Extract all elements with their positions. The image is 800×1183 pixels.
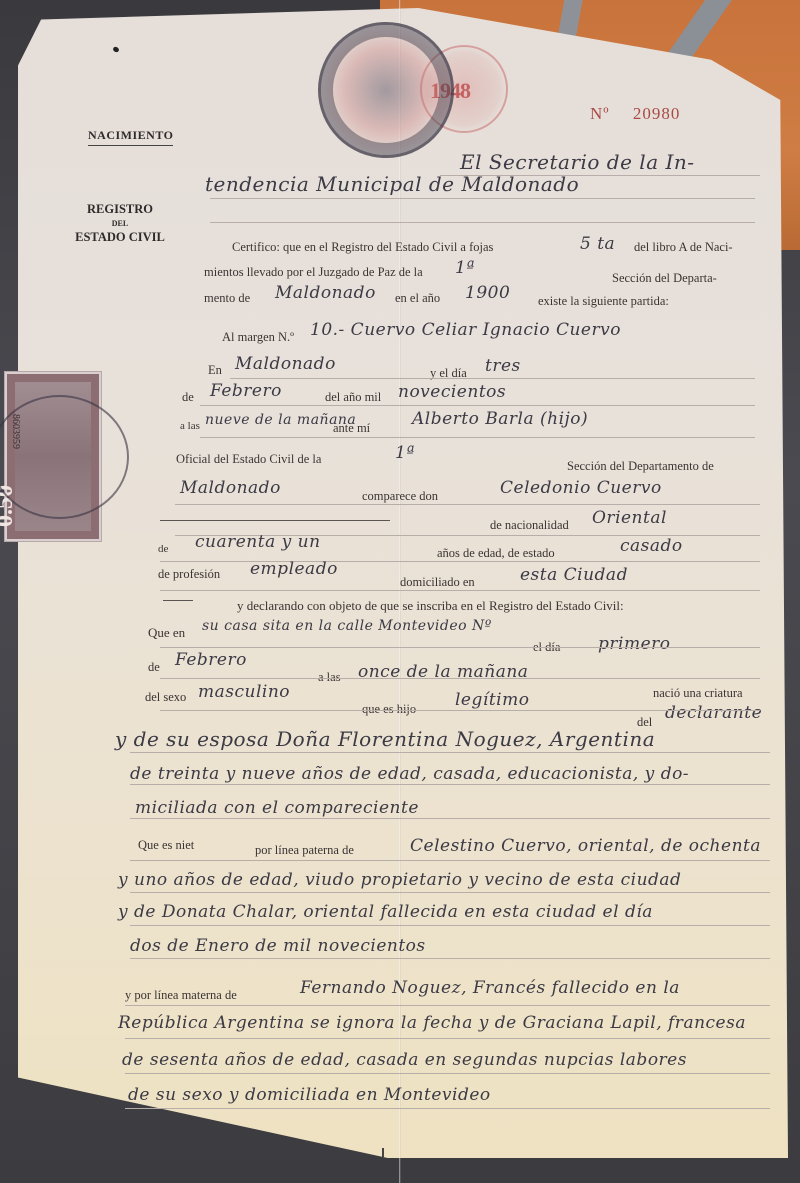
field-paterna-line-4: dos de Enero de mil novecientos [130, 936, 426, 956]
field-ano-mil: novecientos [398, 382, 506, 402]
field-dia-nacimiento: primero [598, 634, 671, 654]
text-domiciliado: domiciliado en [400, 575, 475, 590]
field-madre-line-1: y de su esposa Doña Florentina Noguez, A… [115, 727, 655, 751]
number-value: 20980 [633, 104, 681, 123]
field-mes: Febrero [210, 381, 282, 401]
field-madre-line-2: de treinta y nueve años de edad, casada,… [130, 764, 689, 784]
issuer-line-1: El Secretario de la In- [460, 150, 695, 174]
text-mientos: mientos llevado por el Juzgado de Paz de… [204, 265, 423, 280]
ink-mark [382, 1148, 384, 1157]
registry-line-3: ESTADO CIVIL [72, 230, 168, 245]
text-comparece-don: comparece don [362, 489, 438, 504]
text-linea-paterna: por línea paterna de [255, 843, 354, 858]
field-materna-line-3: de sesenta años de edad, casada en segun… [122, 1050, 687, 1070]
text-en: En [208, 363, 222, 378]
text-seccion-departa: Sección del Departa- [612, 271, 717, 286]
registry-heading: REGISTRO DEL ESTADO CIVIL [72, 202, 168, 245]
field-nacionalidad: Oriental [592, 508, 667, 528]
field-compareciente: Celedonio Cuervo [500, 478, 662, 498]
text-certifico: Certifico: que en el Registro del Estado… [232, 240, 493, 255]
field-materna-line-2: República Argentina se ignora la fecha y… [118, 1013, 746, 1033]
field-fojas: 5 ta [580, 234, 615, 254]
registry-line-1: REGISTRO [72, 202, 168, 217]
municipal-seal-icon [318, 22, 454, 158]
field-departamento: Maldonado [275, 283, 376, 303]
certificate-number: Nº 20980 [590, 104, 680, 124]
field-paterna-line-3: y de Donata Chalar, oriental fallecida e… [118, 902, 653, 922]
text-anos-edad-estado: años de edad, de estado [437, 546, 555, 561]
field-ano: 1900 [465, 283, 510, 303]
field-sexo: masculino [198, 682, 290, 702]
text-nacio: nació una criatura [653, 686, 743, 701]
text-de-2: de [148, 660, 160, 675]
field-domicilio: esta Ciudad [520, 565, 628, 585]
category-heading: NACIMIENTO [88, 128, 173, 146]
field-padre-ref: declarante [665, 703, 762, 723]
field-abuelo-paterno: Celestino Cuervo, oriental, de ochenta [410, 836, 761, 856]
text-de: de [182, 390, 194, 405]
field-edad: cuarenta y un [195, 532, 321, 552]
field-lugar-nacimiento: su casa sita en la calle Montevideo Nº [202, 618, 492, 634]
text-que-es-niet: Que es niet [138, 838, 194, 853]
text-nacionalidad: de nacionalidad [490, 518, 569, 533]
field-materna-line-4: de su sexo y domiciliada en Montevideo [128, 1085, 491, 1105]
text-que-en: Que en [148, 625, 185, 641]
field-profesion: empleado [250, 559, 338, 579]
text-declarando: y declarando con objeto de que se inscri… [237, 598, 624, 614]
issuer-line-2: tendencia Municipal de Maldonado [205, 172, 579, 196]
text-en-el-ano: en el año [395, 291, 440, 306]
field-departamento-oficial: Maldonado [180, 478, 281, 498]
text-al-margen: Al margen N.º [222, 330, 294, 345]
field-madre-line-3: miciliada con el compareciente [135, 798, 419, 818]
field-lugar: Maldonado [235, 354, 336, 374]
text-oficial-de-la: Oficial del Estado Civil de la [176, 452, 321, 467]
field-seccion: 1ª [455, 258, 475, 278]
field-mes-nacimiento: Febrero [175, 650, 247, 670]
field-oficial: Alberto Barla (hijo) [412, 409, 588, 429]
text-del-ano-mil: del año mil [325, 390, 381, 405]
text-mento-de: mento de [204, 291, 250, 306]
field-dia: tres [485, 356, 521, 376]
text-linea-materna: y por línea materna de [125, 988, 237, 1003]
field-paterna-line-2: y uno años de edad, viudo propietario y … [118, 870, 681, 890]
field-estado: casado [620, 536, 683, 556]
text-a-las: a las [180, 420, 200, 432]
registry-line-2: DEL [72, 219, 168, 228]
text-del-sexo: del sexo [145, 690, 186, 705]
text-ante-mi: ante mí [333, 421, 370, 436]
text-seccion-departamento: Sección del Departamento de [567, 459, 714, 474]
text-libro: del libro A de Naci- [634, 240, 733, 255]
field-margen: 10.- Cuervo Celiar Ignacio Cuervo [310, 320, 621, 340]
field-filiacion: legítimo [455, 690, 529, 710]
text-de-edad: de [158, 543, 168, 555]
text-profesion: de profesión [158, 567, 220, 582]
field-seccion-oficial: 1ª [395, 443, 415, 463]
field-hora-nacimiento: once de la mañana [358, 662, 528, 682]
field-abuelo-materno: Fernando Noguez, Francés fallecido en la [300, 978, 680, 998]
text-existe: existe la siguiente partida: [538, 294, 669, 309]
number-label: Nº [590, 104, 610, 123]
